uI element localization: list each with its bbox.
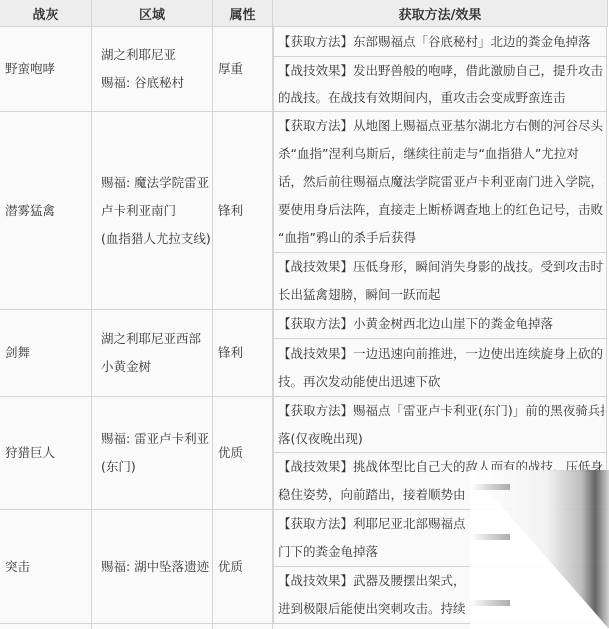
table-row-name: 野蛮咆哮 (0, 27, 92, 112)
header-region: 区域 (92, 0, 213, 27)
method-cell: 【获取方法】东部赐福点「谷底秘村」北边的粪金龟掉落 (273, 27, 607, 57)
table-row-attribute: 锋利 (213, 310, 273, 397)
table-row-attribute: 厚重 (213, 27, 273, 112)
effect-cell: 【战技效果】压低身形，瞬间消失身影的战技。受到攻击时能 长出猛禽翅膀，瞬间一跃而… (273, 253, 607, 310)
header-attribute: 属性 (213, 0, 273, 27)
table-row-region: 赐福: 雷亚卢卡利亚 (东门) (92, 397, 213, 510)
header-method-effect: 获取方法/效果 (273, 0, 608, 27)
effect-cell: 【战技效果】一边迅速向前推进，一边使出连续旋身上砍的战 技。再次发动能使出迅速下… (273, 339, 607, 397)
method-cell: 【获取方法】利耶尼亚北部赐福点 门下的粪金龟掉落 (273, 510, 607, 567)
table-row-attribute: 锋利 (213, 112, 273, 310)
table-row-name: 潜雾猛禽 (0, 112, 92, 310)
table-row-name: 剑舞 (0, 310, 92, 397)
header-ash-of-war: 战灰 (0, 0, 92, 27)
effect-cell: 【战技效果】武器及腰摆出架式， 进到极限后能使出突刺攻击。持续 (273, 567, 607, 624)
table-row-partial (92, 624, 213, 629)
table-row-partial (0, 624, 92, 629)
table-row-region: 赐福: 湖中坠落遗迹 (92, 510, 213, 624)
table-row-name: 狩猎巨人 (0, 397, 92, 510)
table-row-attribute: 优质 (213, 510, 273, 624)
method-cell: 【获取方法】从地图上赐福点亚基尔湖北方右侧的河谷尽头击 杀“血指”涅利乌斯后，继… (273, 112, 607, 253)
table-row-region: 赐福: 魔法学院雷亚 卢卡利亚南门 (血指猎人尤拉支线) (92, 112, 213, 310)
method-cell: 【获取方法】赐福点「雷亚卢卡利亚(东门)」前的黑夜骑兵掉 落(仅夜晚出现) (273, 397, 607, 453)
table-row-partial (213, 624, 273, 629)
effect-cell: 【战技效果】挑战体型比自己大的敌人而有的战技，压低身形 稳住姿势，向前踏出，接着… (273, 453, 607, 510)
table-row-partial (273, 624, 608, 629)
table-row-region: 湖之利耶尼亚 赐福: 谷底秘村 (92, 27, 213, 112)
table-row-region: 湖之利耶尼亚西部 小黄金树 (92, 310, 213, 397)
table-row-attribute: 优质 (213, 397, 273, 510)
table-row-name: 突击 (0, 510, 92, 624)
method-cell: 【获取方法】小黄金树西北边山崖下的粪金龟掉落 (273, 310, 607, 339)
effect-cell: 【战技效果】发出野兽般的咆哮，借此激励自己，提升攻击力 的战技。在战技有效期间内… (273, 57, 607, 112)
